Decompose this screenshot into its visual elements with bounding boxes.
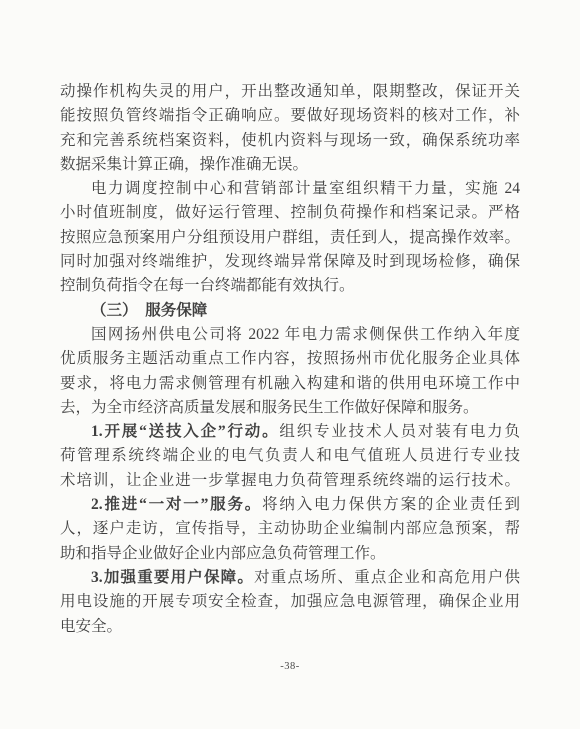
item-title: 1.开展“送技入企”行动。 xyxy=(91,423,279,440)
text-line: 3.加强重要用户保障。对重点场所、重点企业和高危用户供 xyxy=(60,566,520,590)
item-title: 3.加强重要用户保障。 xyxy=(91,569,254,586)
text-line: 同时加强对终端维护，发现终端异常保障及时到现场检修，确保 xyxy=(60,250,520,274)
text-line: 动操作机构失灵的用户，开出整改通知单，限期整改，保证开关 xyxy=(60,80,520,104)
text-line: 能按照负管终端指令正确响应。要做好现场资料的核对工作，补 xyxy=(60,104,520,128)
text-line: 优质服务主题活动重点工作内容，按照扬州市优化服务企业具体 xyxy=(60,347,520,371)
text-line: 术培训，让企业进一步掌握电力负荷管理系统终端的运行技术。 xyxy=(60,469,520,493)
document-body: 动操作机构失灵的用户，开出整改通知单，限期整改，保证开关 能按照负管终端指令正确… xyxy=(60,80,520,639)
item-lead: 组织专业技术人员对装有电力负 xyxy=(279,423,520,440)
list-item-2: 2.推进“一对一”服务。将纳入电力保供方案的企业责任到 人，逐户走访，宣传指导，… xyxy=(60,493,520,566)
document-page: 动操作机构失灵的用户，开出整改通知单，限期整改，保证开关 能按照负管终端指令正确… xyxy=(0,0,580,729)
item-lead: 对重点场所、重点企业和高危用户供 xyxy=(254,569,520,586)
text-line: 电力调度控制中心和营销部计量室组织精干力量，实施 24 xyxy=(60,177,520,201)
text-line: 2.推进“一对一”服务。将纳入电力保供方案的企业责任到 xyxy=(60,493,520,517)
text-line: 国网扬州供电公司将 2022 年电力需求侧保供工作纳入年度 xyxy=(60,323,520,347)
paragraph-service-intro: 国网扬州供电公司将 2022 年电力需求侧保供工作纳入年度 优质服务主题活动重点… xyxy=(60,323,520,420)
text-line: 要求，将电力需求侧管理有机融入构建和谐的供用电环境工作中 xyxy=(60,372,520,396)
text-line: 荷管理系统终端企业的电气负责人和电气值班人员进行专业技 xyxy=(60,444,520,468)
item-title: 2.推进“一对一”服务。 xyxy=(91,496,262,513)
text-line: 去，为全市经济高质量发展和服务民生工作做好保障和服务。 xyxy=(60,396,520,420)
section-heading: （三） 服务保障 xyxy=(60,299,520,323)
list-item-3: 3.加强重要用户保障。对重点场所、重点企业和高危用户供 用电设施的开展专项安全检… xyxy=(60,566,520,639)
text-line: 数据采集计算正确，操作准确无误。 xyxy=(60,153,520,177)
text-line: 小时值班制度，做好运行管理、控制负荷操作和档案记录。严格 xyxy=(60,201,520,225)
paragraph-continuation: 动操作机构失灵的用户，开出整改通知单，限期整改，保证开关 能按照负管终端指令正确… xyxy=(60,80,520,177)
text-line: 助和指导企业做好企业内部应急负荷管理工作。 xyxy=(60,542,520,566)
page-number: -38- xyxy=(0,661,580,672)
text-line: 按照应急预案用户分组预设用户群组，责任到人，提高操作效率。 xyxy=(60,226,520,250)
text-line: 充和完善系统档案资料，使机内资料与现场一致，确保系统功率 xyxy=(60,129,520,153)
text-line: 电安全。 xyxy=(60,615,520,639)
list-item-1: 1.开展“送技入企”行动。组织专业技术人员对装有电力负 荷管理系统终端企业的电气… xyxy=(60,420,520,493)
text-line: 人，逐户走访，宣传指导，主动协助企业编制内部应急预案，帮 xyxy=(60,517,520,541)
paragraph-dispatch-center: 电力调度控制中心和营销部计量室组织精干力量，实施 24 小时值班制度，做好运行管… xyxy=(60,177,520,298)
text-line: 1.开展“送技入企”行动。组织专业技术人员对装有电力负 xyxy=(60,420,520,444)
text-line: 用电设施的开展专项安全检查，加强应急电源管理，确保企业用 xyxy=(60,590,520,614)
item-lead: 将纳入电力保供方案的企业责任到 xyxy=(262,496,520,513)
text-line: 控制负荷指令在每一台终端都能有效执行。 xyxy=(60,274,520,298)
